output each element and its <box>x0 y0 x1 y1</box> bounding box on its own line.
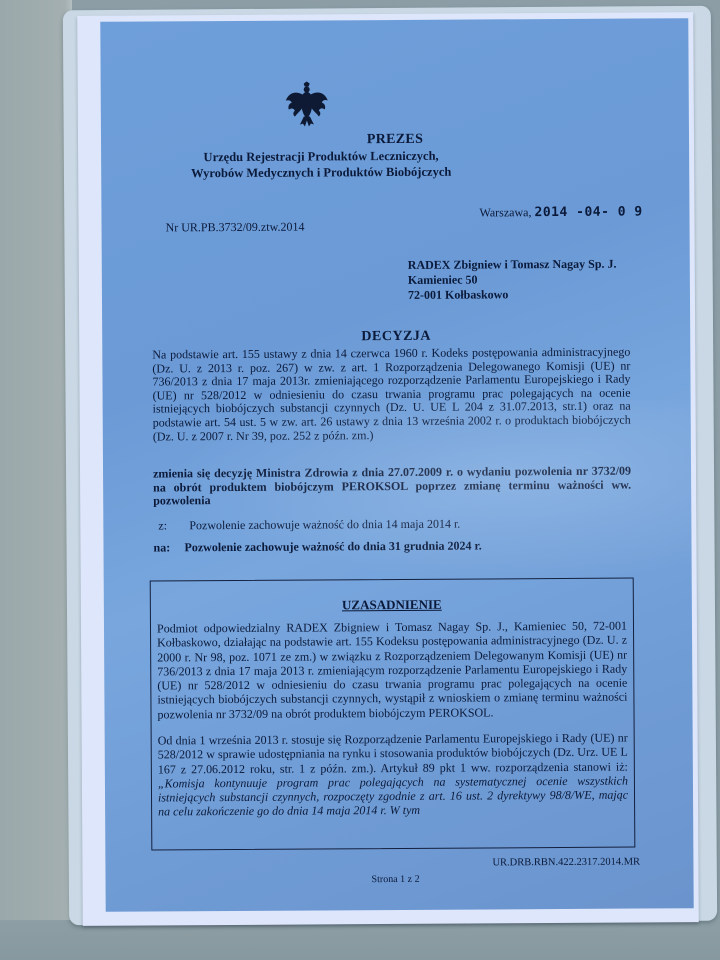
wall-background-bottom <box>0 920 720 960</box>
justification-paragraph-1: Podmiot odpowiedzialny RADEX Zbigniew i … <box>157 619 628 722</box>
to-label: na: <box>153 540 181 555</box>
from-label: z: <box>158 518 186 533</box>
issuer-office-line1: Urzędu Rejestracji Produktów Leczniczych… <box>161 147 481 165</box>
footer-case-code: UR.DRB.RBN.422.2317.2014.MR <box>492 857 640 869</box>
legal-basis-paragraph: Na podstawie art. 155 ustawy z dnia 14 c… <box>152 346 631 444</box>
justification-box: UZASADNIENIE Podmiot odpowiedzialny RADE… <box>150 578 636 851</box>
justification-paragraph-2: Od dnia 1 września 2013 r. stosuje się R… <box>158 731 629 820</box>
validity-to-line: na: Pozwolenie zachowuje ważność do dnia… <box>153 538 481 555</box>
addressee-block: RADEX Zbigniew i Tomasz Nagay Sp. J. Kam… <box>408 257 617 303</box>
addressee-street: Kamieniec 50 <box>408 272 617 288</box>
document-page: PREZES Urzędu Rejestracji Produktów Lecz… <box>100 18 693 912</box>
issuer-office-line2: Wyrobów Medycznych i Produktów Biobójczy… <box>161 163 481 181</box>
issuer-office: Urzędu Rejestracji Produktów Leczniczych… <box>161 147 481 181</box>
eagle-emblem-icon <box>284 80 330 128</box>
justification-title: UZASADNIENIE <box>151 596 633 615</box>
justification-paragraph-2-text: Od dnia 1 września 2013 r. stosuje się R… <box>158 731 628 776</box>
from-text: Pozwolenie zachowuje ważność do dnia 14 … <box>189 517 460 533</box>
change-statement: zmienia się decyzję Ministra Zdrowia z d… <box>153 465 631 509</box>
to-text: Pozwolenie zachowuje ważność do dnia 31 … <box>184 538 481 554</box>
wall-background <box>0 0 72 960</box>
date-stamp: 2014 -04- 0 9 <box>534 204 642 220</box>
addressee-name: RADEX Zbigniew i Tomasz Nagay Sp. J. <box>408 257 617 273</box>
issuer-title: PREZES <box>101 130 689 150</box>
validity-from-line: z: Pozwolenie zachowuje ważność do dnia … <box>158 517 460 534</box>
place-and-date: Warszawa, 2014 -04- 0 9 <box>479 204 642 220</box>
page-indicator: Strona 1 z 2 <box>371 874 419 885</box>
place: Warszawa, <box>479 205 531 219</box>
justification-quote: „Komisja kontynuuje program prac polegaj… <box>158 773 628 818</box>
reference-number: Nr UR.PB.3732/09.ztw.2014 <box>166 220 305 236</box>
addressee-city: 72-001 Kołbaskowo <box>408 287 617 303</box>
